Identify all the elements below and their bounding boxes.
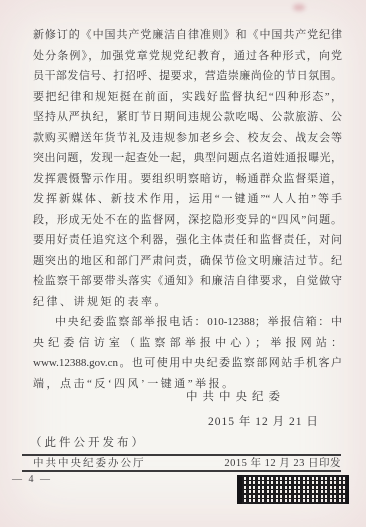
footer-issuer: 中共中央纪委办公厅 <box>33 455 146 470</box>
body-line: 坚持从严执纪，紧盯节日期间违规公款吃喝、公款旅游、公 <box>33 107 342 128</box>
body-line: 纪律、讲规矩的表率。 <box>33 292 342 313</box>
body-line: 处分条例》，加强党章党规党纪教育，通过各种形式，向党 <box>33 46 342 67</box>
footer-rule-bottom <box>22 470 341 472</box>
body-line: 发挥震慑警示作用。要组织明察暗访，畅通群众监督渠道， <box>33 169 342 190</box>
body-line: 发挥新媒体、新技术作用，运用“一键通”“人人拍”等手 <box>33 189 342 210</box>
signature-date: 2015 年 12 月 21 日 <box>208 413 319 429</box>
publication-note: （此件公开发布） <box>30 434 146 450</box>
body-line: 题突出的地区和部门严肃问责，确保节俭文明廉洁过节。纪 <box>33 251 342 272</box>
body-line: 突出问题，发现一起查处一起，典型问题点名道姓通报曝光， <box>33 148 342 169</box>
body-line: 央纪委信访室（监察部举报中心）；举报网站： <box>33 333 342 354</box>
body-line: 新修订的《中国共产党廉洁自律准则》和《中国共产党纪律 <box>33 25 342 46</box>
scan-smudge <box>293 4 305 11</box>
document-page: 新修订的《中国共产党廉洁自律准则》和《中国共产党纪律 处分条例》，加强党章党规党… <box>0 0 366 527</box>
footer-row: 中共中央纪委办公厅 2015 年 12 月 23 日印发 <box>33 456 341 469</box>
barcode-2d-icon <box>237 475 349 504</box>
page-number: — 4 — <box>12 474 52 485</box>
body-line: 要把纪律和规矩挺在前面，实践好监督执纪“四种形态”， <box>33 87 342 108</box>
body-line: www.12388.gov.cn。也可使用中央纪委监察部网站手机客户 <box>33 353 342 374</box>
body-line: 款购买赠送年货节礼及违规参加老乡会、校友会、战友会等 <box>33 128 342 149</box>
signature-org: 中共中央纪委 <box>186 388 285 404</box>
body-line: 段，形成无处不在的监督网，深挖隐形变异的“四风”问题。 <box>33 210 342 231</box>
body-line: 检监察干部要带头落实《通知》和廉洁自律要求，自觉做守 <box>33 271 342 292</box>
footer-print-date: 2015 年 12 月 23 日印发 <box>224 455 341 470</box>
body-line: 要用好责任追究这个利器，强化主体责任和监督责任，对问 <box>33 230 342 251</box>
body-line: 员干部发信号、打招呼、提要求，营造崇廉尚俭的节日氛围。 <box>33 66 342 87</box>
body-line: 中央纪委监察部举报电话：010-12388；举报信箱：中 <box>33 312 342 333</box>
body-text: 新修订的《中国共产党廉洁自律准则》和《中国共产党纪律 处分条例》，加强党章党规党… <box>33 25 342 394</box>
